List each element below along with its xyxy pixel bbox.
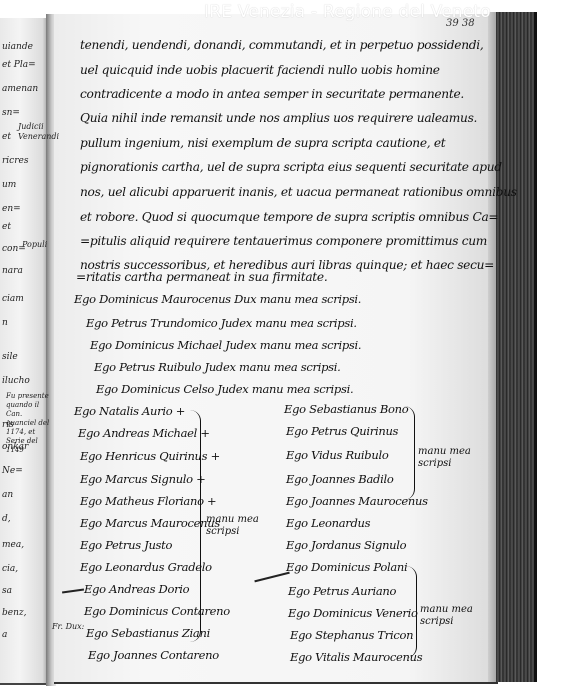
left-fragment: Ne= <box>2 466 23 476</box>
left-fragment: sile <box>2 352 18 362</box>
signature-line: Ego Marcus Signulo + <box>80 472 206 486</box>
signature-line: Ego Dominicus Polani <box>286 560 407 574</box>
left-fragment: a <box>2 630 7 640</box>
right-signature-brace-upper <box>404 406 415 500</box>
signature-line: Ego Jordanus Signulo <box>286 538 406 552</box>
signature-line: Ego Petrus Justo <box>80 538 172 552</box>
left-margin-note: Populi <box>22 240 47 250</box>
signature-line: Ego Joannes Contareno <box>88 648 219 662</box>
signature-line: Ego Stephanus Tricon <box>290 628 413 642</box>
left-fragment: mea, <box>2 540 24 550</box>
text-line: nos, uel alicubi apparuerit inanis, et u… <box>80 185 517 199</box>
signature-line: Ego Dominicus Michael Judex manu mea scr… <box>90 338 361 352</box>
left-fragment: sn= <box>2 108 20 118</box>
text-line: Quia nihil inde remansit unde nos ampliu… <box>80 111 477 125</box>
text-line: contradicente a modo in antea semper in … <box>80 87 464 101</box>
left-fragment: et Pla= <box>2 60 36 70</box>
left-fragment: um <box>2 180 16 190</box>
right-signature-brace-lower <box>406 566 417 658</box>
signature-line: Ego Leonardus <box>286 516 370 530</box>
text-line: uel quicquid inde uobis placuerit facien… <box>80 63 440 77</box>
signature-line: Ego Sebastianus Bono <box>284 402 408 416</box>
right-brace-label-lower: manu mea scripsi <box>420 604 480 628</box>
page-stack-edges <box>496 12 537 682</box>
left-fragment: uiande <box>2 42 33 52</box>
text-line: pignorationis cartha, uel de supra scrip… <box>80 160 502 174</box>
signature-line: Ego Natalis Aurio + <box>74 404 185 418</box>
right-brace-label-upper: manu mea scripsi <box>418 446 478 470</box>
signature-line: Ego Dominicus Maurocenus Dux manu mea sc… <box>74 292 361 306</box>
signature-line: Ego Petrus Auriano <box>288 584 396 598</box>
left-fragment: nara <box>2 266 23 276</box>
left-fragment: et <box>2 222 11 232</box>
left-brace-label: manu mea scripsi <box>206 514 266 538</box>
left-fragment: ciam <box>2 294 24 304</box>
signature-line: Ego Dominicus Venerio <box>288 606 418 620</box>
signature-line: Ego Petrus Ruibulo Judex manu mea scrips… <box>94 360 341 374</box>
text-line: =ritatis cartha permaneat in sua firmita… <box>76 270 327 284</box>
signature-line: Ego Petrus Trundomico Judex manu mea scr… <box>86 316 357 330</box>
folio-number: 39 38 <box>446 18 475 29</box>
left-fragment: benz, <box>2 608 27 618</box>
manuscript-scan: IRE Venezia - Regione del Veneto 39 38 u… <box>0 0 566 700</box>
signature-line: Ego Dominicus Contareno <box>84 604 230 618</box>
left-fragment: an <box>2 490 13 500</box>
signature-line: Ego Vidus Ruibulo <box>286 448 388 462</box>
signature-line: Ego Joannes Badilo <box>286 472 393 486</box>
left-fragment: ilucho <box>2 376 30 386</box>
left-fragment: amenan <box>2 84 38 94</box>
left-margin-note: Judicii Venerandi <box>18 122 50 142</box>
text-line: =pitulis aliquid requirere tentauerimus … <box>80 234 487 248</box>
left-fragment: ricres <box>2 156 28 166</box>
text-line: et robore. Quod si quocumque tempore de … <box>80 210 498 224</box>
left-fragment: cia, <box>2 564 18 574</box>
left-signature-brace <box>190 410 201 642</box>
signature-line: Ego Vitalis Maurocenus <box>290 650 422 664</box>
left-fragment: en= <box>2 204 21 214</box>
left-fragment: d, <box>2 514 11 524</box>
left-margin-note: Fu presente quando il Can. quanciel del … <box>6 392 50 455</box>
signature-line: Ego Petrus Quirinus <box>286 424 398 438</box>
text-line: tenendi, uendendi, donandi, commutandi, … <box>80 38 483 52</box>
left-fragment: sa <box>2 586 12 596</box>
signature-line: Ego Andreas Dorio <box>84 582 189 596</box>
signature-line: Ego Dominicus Celso Judex manu mea scrip… <box>96 382 353 396</box>
left-fragment: et <box>2 132 11 142</box>
text-line: pullum ingenium, nisi exemplum de supra … <box>80 136 445 150</box>
margin-note-dux: Fr. Dux: <box>52 622 84 632</box>
left-fragment: n <box>2 318 8 328</box>
